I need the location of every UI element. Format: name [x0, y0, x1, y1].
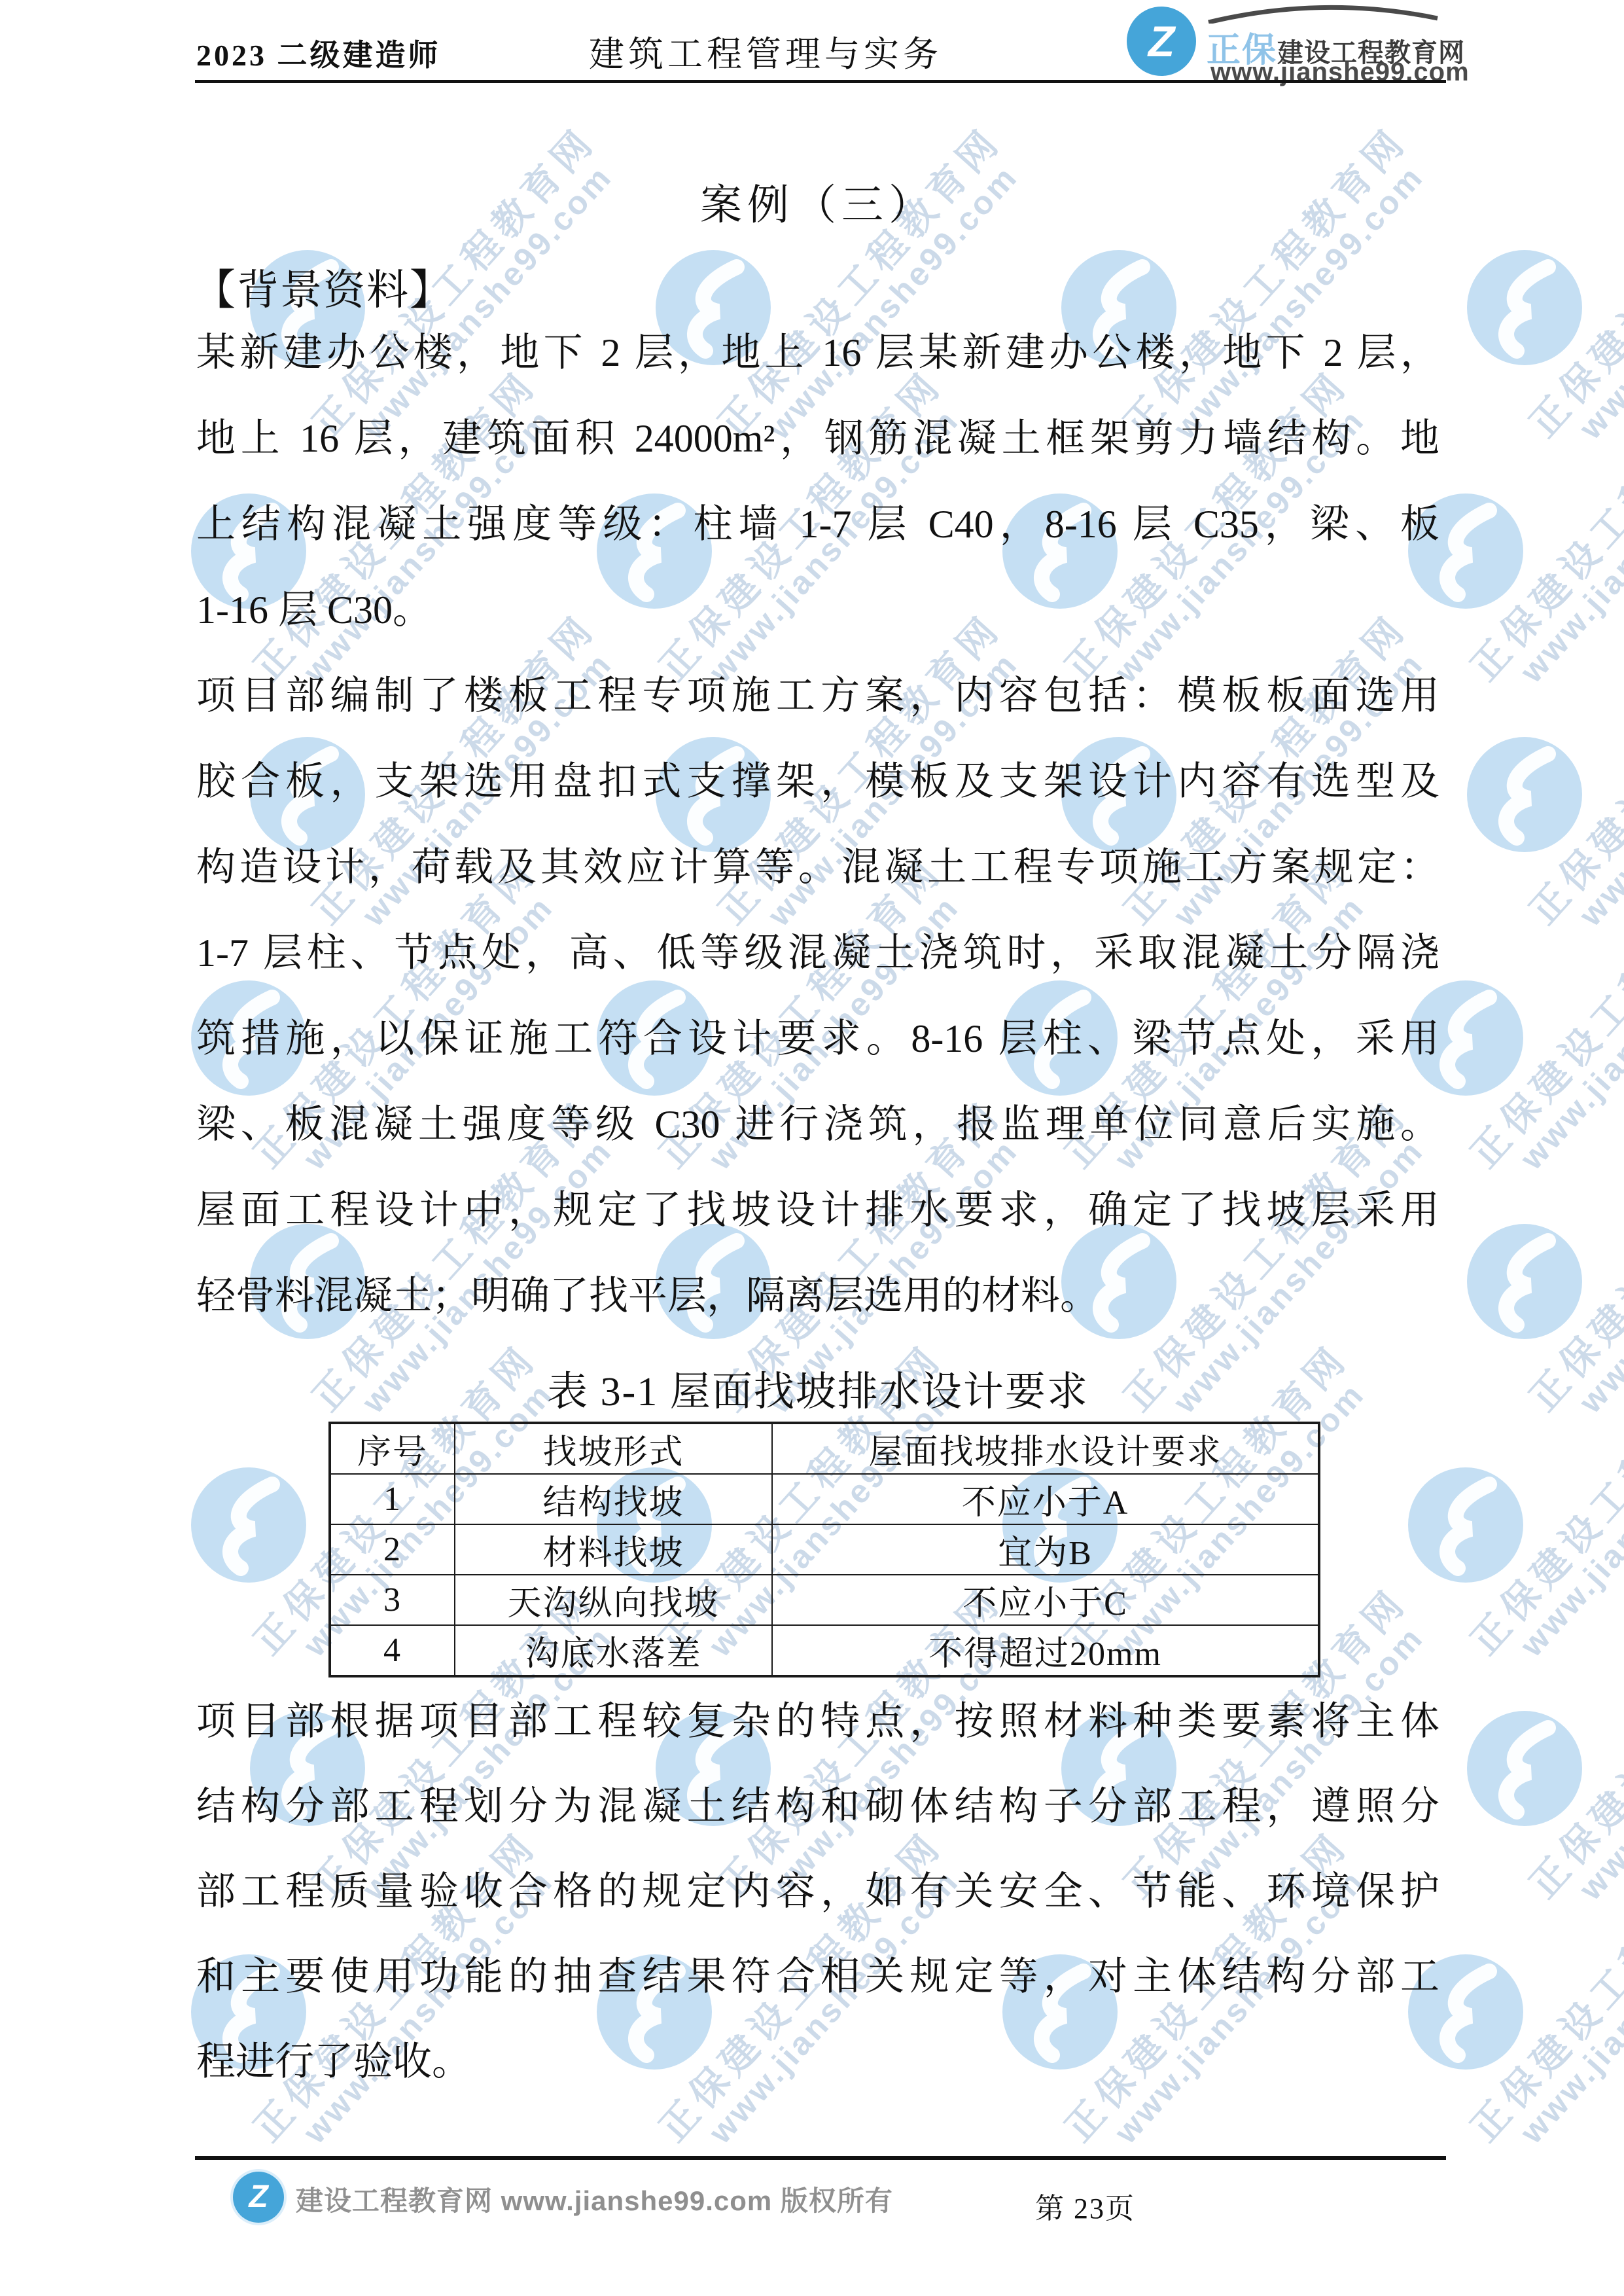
table-cell: 4 [330, 1625, 455, 1676]
section-label: 【背景资料】 [194, 257, 453, 317]
table-cell: 3 [330, 1575, 455, 1625]
table-row: 4沟底水落差不得超过20mm [330, 1625, 1319, 1676]
table-caption: 表 3-1 屋面找坡排水设计要求 [196, 1359, 1439, 1417]
page-content: 2023 二级建造师 建筑工程管理与实务 Z 正保建设工程教育网 www.jia… [0, 0, 1624, 2296]
page-title: 案例（三） [196, 171, 1439, 232]
body-line: 程进行了验收。 [196, 2032, 1439, 2118]
logo-arc-icon [1205, 4, 1441, 24]
body-line: 项目部编制了楼板工程专项施工方案，内容包括：模板板面选用 [196, 666, 1439, 752]
body-line: 轻骨料混凝土；明确了找平层，隔离层选用的材料。 [196, 1266, 1439, 1352]
body-line: 上结构混凝土强度等级：柱墙 1-7 层 C40，8-16 层 C35，梁、板 [196, 495, 1439, 581]
body-line: 1-16 层 C30。 [196, 581, 1439, 666]
table-header-cell: 屋面找坡排水设计要求 [772, 1423, 1319, 1474]
footer-rule [195, 2156, 1446, 2160]
table-header-cell: 序号 [330, 1423, 455, 1474]
body-line: 结构分部工程划分为混凝土结构和砌体结构子分部工程，遵照分 [196, 1777, 1439, 1863]
header-course-label: 2023 二级建造师 [196, 31, 441, 75]
body-line: 地上 16 层，建筑面积 24000m²，钢筋混凝土框架剪力墙结构。地 [196, 409, 1439, 495]
body-line: 1-7 层柱、节点处，高、低等级混凝土浇筑时，采取混凝土分隔浇 [196, 924, 1439, 1009]
document-page: 正保建设工程教育网www.jianshe99.com正保建设工程教育网www.j… [0, 0, 1624, 2296]
header-subject-title: 建筑工程管理与实务 [589, 26, 942, 77]
body-line: 屋面工程设计中，规定了找坡设计排水要求，确定了找坡层采用 [196, 1181, 1439, 1266]
table-row: 3天沟纵向找坡不应小于C [330, 1575, 1319, 1625]
body-line: 构造设计，荷载及其效应计算等。混凝土工程专项施工方案规定： [196, 838, 1439, 924]
table-cell: 不应小于C [772, 1575, 1319, 1625]
table-header-cell: 找坡形式 [455, 1423, 772, 1474]
table-cell: 宜为B [772, 1524, 1319, 1575]
roof-slope-table: 序号找坡形式屋面找坡排水设计要求1结构找坡不应小于A2材料找坡宜为B3天沟纵向找… [328, 1422, 1320, 1677]
body-line: 和主要使用功能的抽查结果符合相关规定等，对主体结构分部工 [196, 1947, 1439, 2033]
table-cell: 2 [330, 1524, 455, 1575]
table-cell: 不得超过20mm [772, 1625, 1319, 1676]
body-line: 筑措施，以保证施工符合设计要求。8-16 层柱、梁节点处，采用 [196, 1009, 1439, 1095]
table-cell: 材料找坡 [455, 1524, 772, 1575]
footer-z-logo-icon: Z [233, 2172, 284, 2223]
header-rule [195, 80, 1446, 83]
table-cell: 1 [330, 1474, 455, 1524]
body-line: 部工程质量验收合格的规定内容，如有关安全、节能、环境保护 [196, 1862, 1439, 1948]
body-line: 胶合板，支架选用盘扣式支撑架，模板及支架设计内容有选型及 [196, 752, 1439, 838]
copyright-text: 建设工程教育网 www.jianshe99.com 版权所有 [296, 2179, 893, 2219]
z-logo-icon: Z [1127, 7, 1196, 76]
body-line: 梁、板混凝土强度等级 C30 进行浇筑，报监理单位同意后实施。 [196, 1095, 1439, 1181]
table-header-row: 序号找坡形式屋面找坡排水设计要求 [330, 1423, 1319, 1474]
body-line: 项目部根据项目部工程较复杂的特点，按照材料种类要素将主体 [196, 1692, 1439, 1778]
table-row: 1结构找坡不应小于A [330, 1474, 1319, 1524]
brand-logo: Z 正保建设工程教育网 www.jianshe99.com [1127, 4, 1441, 84]
table-cell: 天沟纵向找坡 [455, 1575, 772, 1625]
page-number: 第 23页 [1035, 2185, 1135, 2227]
table-cell: 沟底水落差 [455, 1625, 772, 1676]
table-cell: 不应小于A [772, 1474, 1319, 1524]
table-row: 2材料找坡宜为B [330, 1524, 1319, 1575]
body-line: 某新建办公楼，地下 2 层，地上 16 层某新建办公楼，地下 2 层， [196, 323, 1439, 409]
table-cell: 结构找坡 [455, 1474, 772, 1524]
